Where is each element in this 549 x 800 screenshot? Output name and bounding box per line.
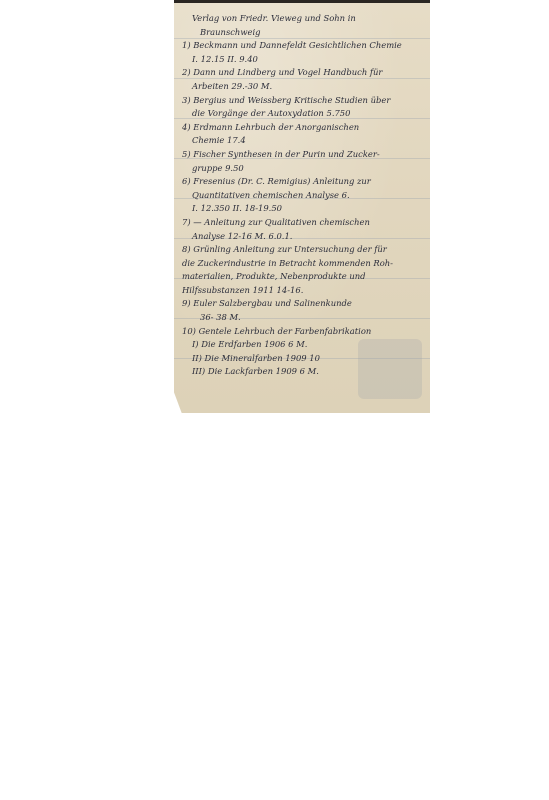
header-line: Braunschweig [182,26,424,40]
handwritten-document-page: Verlag von Friedr. Vieweg und Sohn in Br… [174,0,430,413]
entry-line: die Zuckerindustrie in Betracht kommende… [182,257,424,271]
entry-line: Chemie 17.4 [182,134,424,148]
entry-line: materialien, Produkte, Nebenprodukte und [182,270,424,284]
entry-line: I. 12.350 II. 18-19.50 [182,202,424,216]
entry-line: II) Die Mineralfarben 1909 10 [182,352,424,366]
entry-line: Hilfssubstanzen 1911 14-16. [182,284,424,298]
entry-line: I) Die Erdfarben 1906 6 M. [182,338,424,352]
entry-line: gruppe 9.50 [182,162,424,176]
entry-line: 36- 38 M. [182,311,424,325]
entry-line: III) Die Lackfarben 1909 6 M. [182,365,424,379]
entry-line: Quantitativen chemischen Analyse 6. [182,189,424,203]
entry-line: die Vorgänge der Autoxydation 5.750 [182,107,424,121]
entry-line: Arbeiten 29.-30 M. [182,80,424,94]
entry-line: 1) Beckmann und Dannefeldt Gesichtlichen… [182,39,424,53]
entry-line: 5) Fischer Synthesen in der Purin und Zu… [182,148,424,162]
entry-line: 2) Dann und Lindberg und Vogel Handbuch … [182,66,424,80]
entry-line: Analyse 12-16 M. 6.0.1. [182,230,424,244]
entry-line: 6) Fresenius (Dr. C. Remigius) Anleitung… [182,175,424,189]
scan-top-edge [174,0,430,3]
entry-line: 8) Grünling Anleitung zur Untersuchung d… [182,243,424,257]
entry-line: 4) Erdmann Lehrbuch der Anorganischen [182,121,424,135]
entry-line: 9) Euler Salzbergbau und Salinenkunde [182,297,424,311]
handwritten-text: Verlag von Friedr. Vieweg und Sohn in Br… [182,12,424,379]
entry-line: I. 12.15 II. 9.40 [182,53,424,67]
entry-line: 3) Bergius und Weissberg Kritische Studi… [182,94,424,108]
header-line: Verlag von Friedr. Vieweg und Sohn in [182,12,424,26]
entry-line: 7) — Anleitung zur Qualitativen chemisch… [182,216,424,230]
entry-line: 10) Gentele Lehrbuch der Farbenfabrikati… [182,325,424,339]
